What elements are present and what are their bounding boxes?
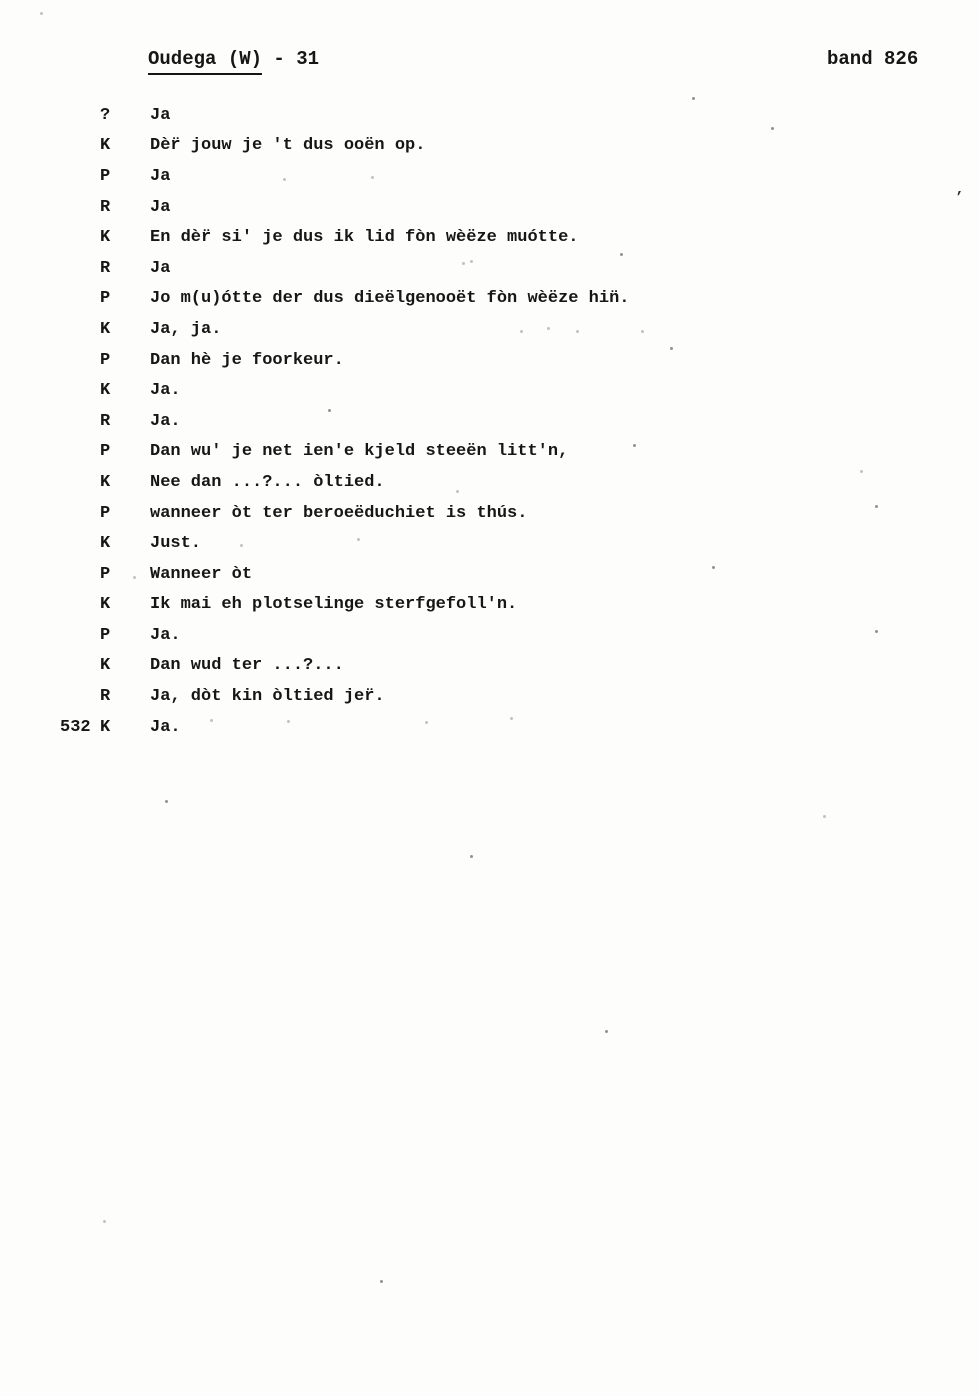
scan-speck [380,1280,383,1283]
speaker-label: P [98,351,150,370]
scan-speck [240,544,243,547]
utterance-text: Just. [150,534,979,553]
speaker-label: K [98,718,150,737]
transcript-line: P Dan hè je foorkeur. [0,345,979,376]
page-title: Oudega (W) - 31 [148,48,319,70]
transcript-line: 532 K Ja. [0,712,979,743]
speaker-label: P [98,167,150,186]
scan-speck [520,330,523,333]
utterance-text: Ja. [150,412,979,431]
scan-speck [692,97,695,100]
transcript: ? Ja K Dèr̈ jouw je 't dus ooën op. P Ja… [0,100,979,742]
scan-speck [875,630,878,633]
scan-speck [40,12,43,15]
scan-speck [470,260,473,263]
transcript-line: R Ja [0,253,979,284]
transcript-line: K En dèr̈ si' je dus ik lid fòn wèëze mu… [0,222,979,253]
utterance-text: Ja [150,167,979,186]
speaker-label: K [98,136,150,155]
utterance-text: Ja [150,198,979,217]
utterance-text: Ja, dòt kin òltied jer̈. [150,687,979,706]
speaker-label: ? [98,106,150,125]
line-number: 532 [0,718,98,737]
speaker-label: K [98,534,150,553]
transcript-line: P wanneer òt ter beroeëduchiet is thús. [0,498,979,529]
utterance-text: wanneer òt ter beroeëduchiet is thús. [150,504,979,523]
utterance-text: Ja. [150,718,979,737]
transcript-line: P Ja. [0,620,979,651]
page-title-location: Oudega (W) [148,48,262,75]
speaker-label: R [98,687,150,706]
scan-speck [576,330,579,333]
utterance-text: Dan wu' je net ien'e kjeld steeën litt'n… [150,442,979,461]
transcript-line: R Ja. [0,406,979,437]
scan-speck [283,178,286,181]
transcript-line: P Jo m(u)ótte der dus dieëlgenooët fòn w… [0,284,979,315]
scan-speck [620,253,623,256]
speaker-label: P [98,626,150,645]
utterance-text: Dèr̈ jouw je 't dus ooën op. [150,136,979,155]
transcript-line: P Dan wu' je net ien'e kjeld steeën litt… [0,437,979,468]
utterance-text: En dèr̈ si' je dus ik lid fòn wèëze muót… [150,228,979,247]
utterance-text: Ik mai eh plotselinge sterfgefoll'n. [150,595,979,614]
page-title-number: - 31 [262,48,319,70]
speaker-label: R [98,412,150,431]
speaker-label: P [98,289,150,308]
speaker-label: K [98,228,150,247]
transcript-line: K Ja, ja. [0,314,979,345]
transcript-line: R Ja, dòt kin òltied jer̈. [0,681,979,712]
scan-speck [605,1030,608,1033]
band-label: band 826 [827,48,918,70]
utterance-text: Ja [150,259,979,278]
scan-speck [712,566,715,569]
scan-speck [133,576,136,579]
transcript-line: K Dan wud ter ...?... [0,651,979,682]
speaker-label: R [98,198,150,217]
scan-speck [633,444,636,447]
scan-speck [510,717,513,720]
utterance-text: Dan wud ter ...?... [150,656,979,675]
scan-speck [547,327,550,330]
speaker-label: K [98,595,150,614]
scanned-transcript-page: Oudega (W) - 31 band 826 ? Ja K Dèr̈ jou… [0,0,979,1396]
scan-speck [860,470,863,473]
utterance-text: Ja. [150,381,979,400]
scan-speck [103,1220,106,1223]
utterance-text: Wanneer òt [150,565,979,584]
scan-speck [823,815,826,818]
utterance-text: Nee dan ...?... òltied. [150,473,979,492]
transcript-line: P Ja [0,161,979,192]
scan-speck [287,720,290,723]
scan-speck [371,176,374,179]
scan-speck [470,855,473,858]
transcript-line: K Ik mai eh plotselinge sterfgefoll'n. [0,590,979,621]
utterance-text: Ja, ja. [150,320,979,339]
speaker-label: R [98,259,150,278]
speaker-label: K [98,320,150,339]
scan-speck [165,800,168,803]
speaker-label: K [98,473,150,492]
scan-speck [641,330,644,333]
transcript-line: ? Ja [0,100,979,131]
scan-speck [210,719,213,722]
transcript-line: K Just. [0,528,979,559]
scan-speck [875,505,878,508]
scan-speck [462,262,465,265]
scan-mark: ’ [955,190,963,206]
speaker-label: P [98,504,150,523]
scan-speck [670,347,673,350]
scan-speck [357,538,360,541]
speaker-label: P [98,442,150,461]
utterance-text: Jo m(u)ótte der dus dieëlgenooët fòn wèë… [150,289,979,308]
transcript-line: K Ja. [0,375,979,406]
utterance-text: Dan hè je foorkeur. [150,351,979,370]
scan-speck [425,721,428,724]
scan-speck [456,490,459,493]
scan-speck [771,127,774,130]
speaker-label: K [98,381,150,400]
speaker-label: K [98,656,150,675]
speaker-label: P [98,565,150,584]
transcript-line: K Dèr̈ jouw je 't dus ooën op. [0,131,979,162]
transcript-line: P Wanneer òt [0,559,979,590]
transcript-line: R Ja [0,192,979,223]
transcript-line: K Nee dan ...?... òltied. [0,467,979,498]
scan-speck [328,409,331,412]
utterance-text: Ja. [150,626,979,645]
utterance-text: Ja [150,106,979,125]
